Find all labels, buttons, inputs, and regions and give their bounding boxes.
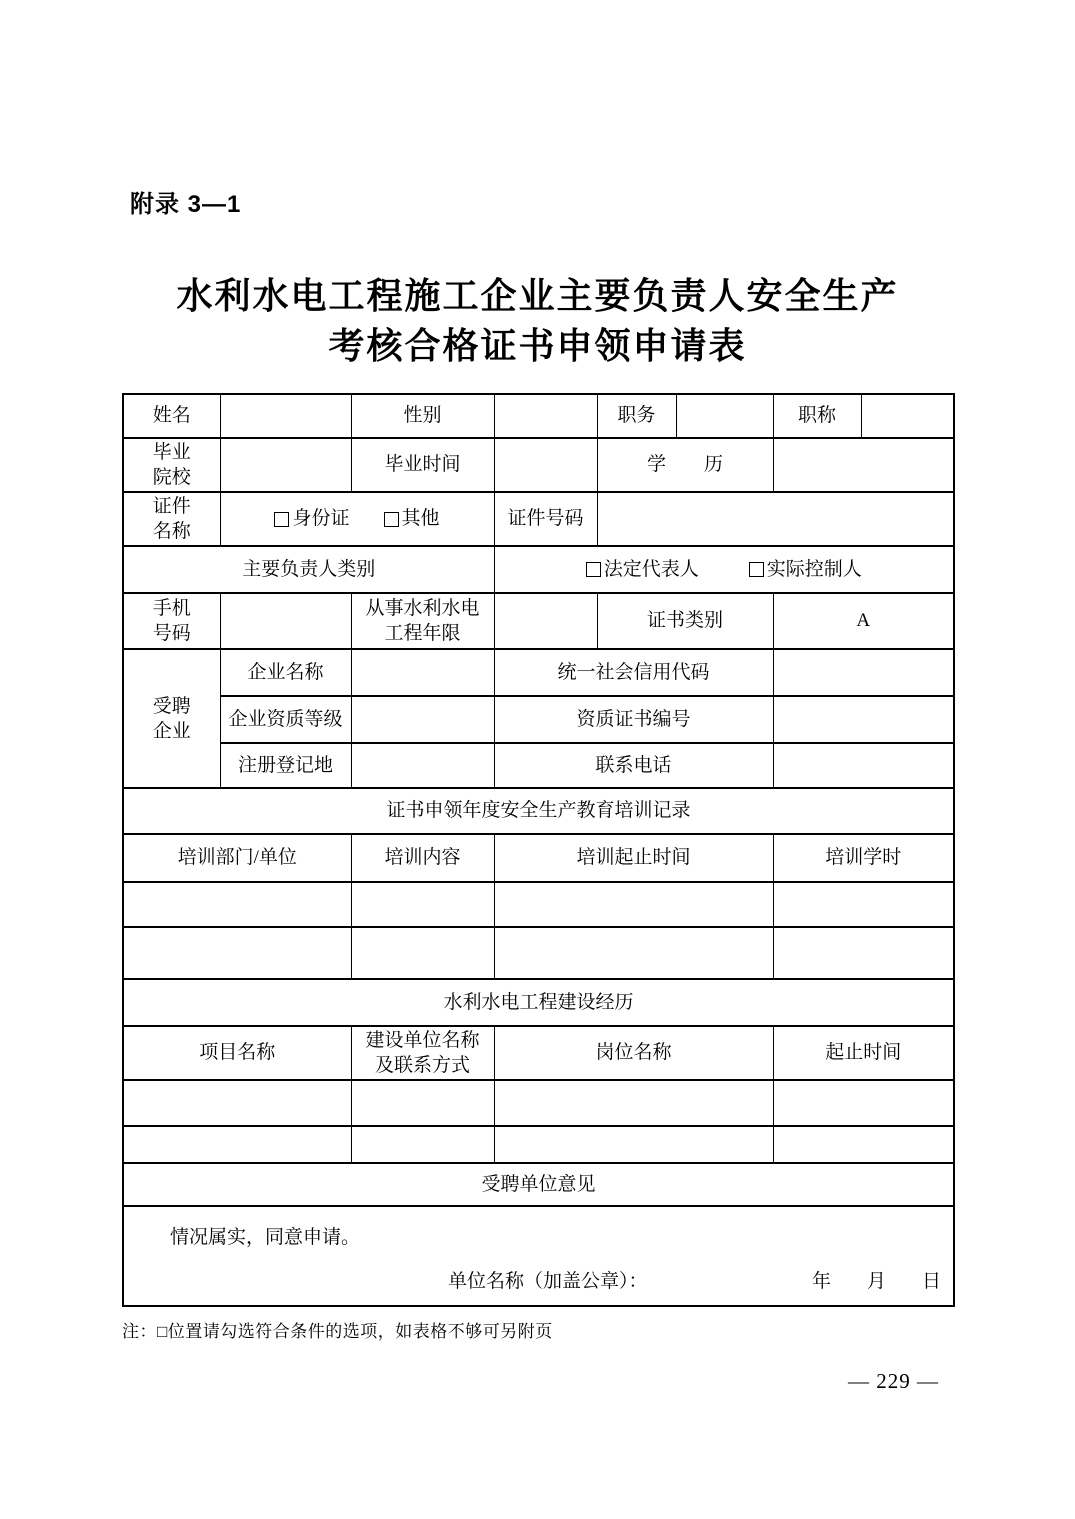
- experience-owner-cell: [351, 1080, 494, 1126]
- company-name-value-cell: [351, 649, 494, 696]
- row-principal-type: 主要负责人类别 法定代表人 实际控制人: [123, 546, 954, 593]
- training-hours-cell: [773, 927, 954, 979]
- qualification-value-cell: [351, 696, 494, 743]
- option-actual-controller: 实际控制人: [749, 558, 862, 582]
- document-page: 附录 3—1 水利水电工程施工企业主要负责人安全生产 考核合格证书申领申请表 姓…: [0, 0, 1075, 1519]
- registered-place-value-cell: [351, 743, 494, 788]
- form-title-line2: 考核合格证书申领申请表: [328, 326, 746, 366]
- experience-header-owner: 建设单位名称及联系方式: [351, 1026, 494, 1080]
- checkbox-icon: [586, 562, 601, 577]
- principal-type-label-cell: 主要负责人类别: [123, 546, 494, 593]
- form-title: 水利水电工程施工企业主要负责人安全生产 考核合格证书申领申请表: [0, 271, 1075, 371]
- experience-header-post: 岗位名称: [494, 1026, 773, 1080]
- experience-period-cell: [773, 1080, 954, 1126]
- qualification-no-value-cell: [773, 696, 954, 743]
- training-hours-cell: [773, 882, 954, 927]
- appendix-label: 附录 3—1: [130, 184, 241, 219]
- training-content-cell: [351, 882, 494, 927]
- phone-label-cell: 联系电话: [494, 743, 773, 788]
- cert-no-label-cell: 证件号码: [494, 492, 597, 546]
- position-label-cell: 职务: [597, 394, 676, 438]
- checkbox-icon: [749, 562, 764, 577]
- row-employer-company-name: 受聘企业 企业名称 统一社会信用代码: [123, 649, 954, 696]
- row-training-headers: 培训部门/单位 培训内容 培训起止时间 培训学时: [123, 834, 954, 882]
- row-mobile-cert-type: 手机号码 从事水利水电工程年限 证书类别 A: [123, 593, 954, 649]
- school-value-cell: [220, 438, 351, 492]
- experience-owner-cell: [351, 1126, 494, 1163]
- row-opinion-body: 情况属实，同意申请。 单位名称（加盖公章）： 年 月 日: [123, 1206, 954, 1306]
- row-employer-qualification: 企业资质等级 资质证书编号: [123, 696, 954, 743]
- grad-time-value-cell: [494, 438, 597, 492]
- row-employer-registered-place: 注册登记地 联系电话: [123, 743, 954, 788]
- training-header-hours: 培训学时: [773, 834, 954, 882]
- application-form-table: 姓名 性别 职务 职称 毕业院校 毕业时间 学 历 证件名称 身份证: [122, 393, 955, 1307]
- education-value-cell: [773, 438, 954, 492]
- training-header-content: 培训内容: [351, 834, 494, 882]
- day-label: 日: [922, 1270, 941, 1294]
- checkbox-icon: [384, 512, 399, 527]
- row-certificate: 证件名称 身份证 其他 证件号码: [123, 492, 954, 546]
- experience-header-period: 起止时间: [773, 1026, 954, 1080]
- title-value-cell: [861, 394, 954, 438]
- experience-record-row: [123, 1126, 954, 1163]
- option-id-card: 身份证: [274, 507, 349, 531]
- option-legal-representative: 法定代表人: [586, 558, 699, 582]
- training-header-period: 培训起止时间: [494, 834, 773, 882]
- form-title-line1: 水利水电工程施工企业主要负责人安全生产: [176, 276, 898, 316]
- experience-post-cell: [494, 1126, 773, 1163]
- row-training-section-title: 证书申领年度安全生产教育培训记录: [123, 788, 954, 834]
- position-value-cell: [676, 394, 773, 438]
- opinion-section-title-cell: 受聘单位意见: [123, 1163, 954, 1206]
- experience-project-cell: [123, 1126, 351, 1163]
- footnote: 注：□位置请勾选符合条件的选项，如表格不够可另附页: [122, 1317, 553, 1342]
- mobile-value-cell: [220, 593, 351, 649]
- opinion-statement: 情况属实，同意申请。: [170, 1226, 360, 1250]
- school-label-cell: 毕业院校: [123, 438, 220, 492]
- checkbox-icon: [274, 512, 289, 527]
- row-experience-section-title: 水利水电工程建设经历: [123, 979, 954, 1026]
- company-name-label-cell: 企业名称: [220, 649, 351, 696]
- name-value-cell: [220, 394, 351, 438]
- experience-post-cell: [494, 1080, 773, 1126]
- training-period-cell: [494, 927, 773, 979]
- gender-label-cell: 性别: [351, 394, 494, 438]
- row-opinion-section-title: 受聘单位意见: [123, 1163, 954, 1206]
- row-basic-info: 姓名 性别 职务 职称: [123, 394, 954, 438]
- row-education: 毕业院校 毕业时间 学 历: [123, 438, 954, 492]
- qualification-label-cell: 企业资质等级: [220, 696, 351, 743]
- cert-name-label-cell: 证件名称: [123, 492, 220, 546]
- name-label-cell: 姓名: [123, 394, 220, 438]
- option-other: 其他: [384, 507, 440, 531]
- gender-value-cell: [494, 394, 597, 438]
- cert-class-value-cell: A: [773, 593, 954, 649]
- title-label-cell: 职称: [773, 394, 861, 438]
- experience-project-cell: [123, 1080, 351, 1126]
- phone-value-cell: [773, 743, 954, 788]
- training-department-cell: [123, 882, 351, 927]
- month-label: 月: [867, 1270, 886, 1294]
- cert-no-value-cell: [597, 492, 954, 546]
- training-record-row: [123, 927, 954, 979]
- education-label-cell: 学 历: [597, 438, 773, 492]
- principal-type-options-cell: 法定代表人 实际控制人: [494, 546, 954, 593]
- experience-record-row: [123, 1080, 954, 1126]
- year-label: 年: [812, 1270, 831, 1294]
- training-department-cell: [123, 927, 351, 979]
- company-seal-label: 单位名称（加盖公章）：: [448, 1270, 648, 1294]
- grad-time-label-cell: 毕业时间: [351, 438, 494, 492]
- credit-code-value-cell: [773, 649, 954, 696]
- experience-header-project: 项目名称: [123, 1026, 351, 1080]
- registered-place-label-cell: 注册登记地: [220, 743, 351, 788]
- training-period-cell: [494, 882, 773, 927]
- mobile-label-cell: 手机号码: [123, 593, 220, 649]
- employer-group-label-cell: 受聘企业: [123, 649, 220, 788]
- opinion-body-cell: 情况属实，同意申请。 单位名称（加盖公章）： 年 月 日: [123, 1206, 954, 1306]
- cert-class-label-cell: 证书类别: [597, 593, 773, 649]
- years-value-cell: [494, 593, 597, 649]
- qualification-no-label-cell: 资质证书编号: [494, 696, 773, 743]
- experience-section-title-cell: 水利水电工程建设经历: [123, 979, 954, 1026]
- training-section-title-cell: 证书申领年度安全生产教育培训记录: [123, 788, 954, 834]
- training-record-row: [123, 882, 954, 927]
- training-content-cell: [351, 927, 494, 979]
- date-line: 年 月 日: [812, 1270, 941, 1294]
- cert-type-options-cell: 身份证 其他: [220, 492, 494, 546]
- row-experience-headers: 项目名称 建设单位名称及联系方式 岗位名称 起止时间: [123, 1026, 954, 1080]
- credit-code-label-cell: 统一社会信用代码: [494, 649, 773, 696]
- years-label-cell: 从事水利水电工程年限: [351, 593, 494, 649]
- page-number: — 229 —: [848, 1369, 939, 1394]
- training-header-department: 培训部门/单位: [123, 834, 351, 882]
- experience-period-cell: [773, 1126, 954, 1163]
